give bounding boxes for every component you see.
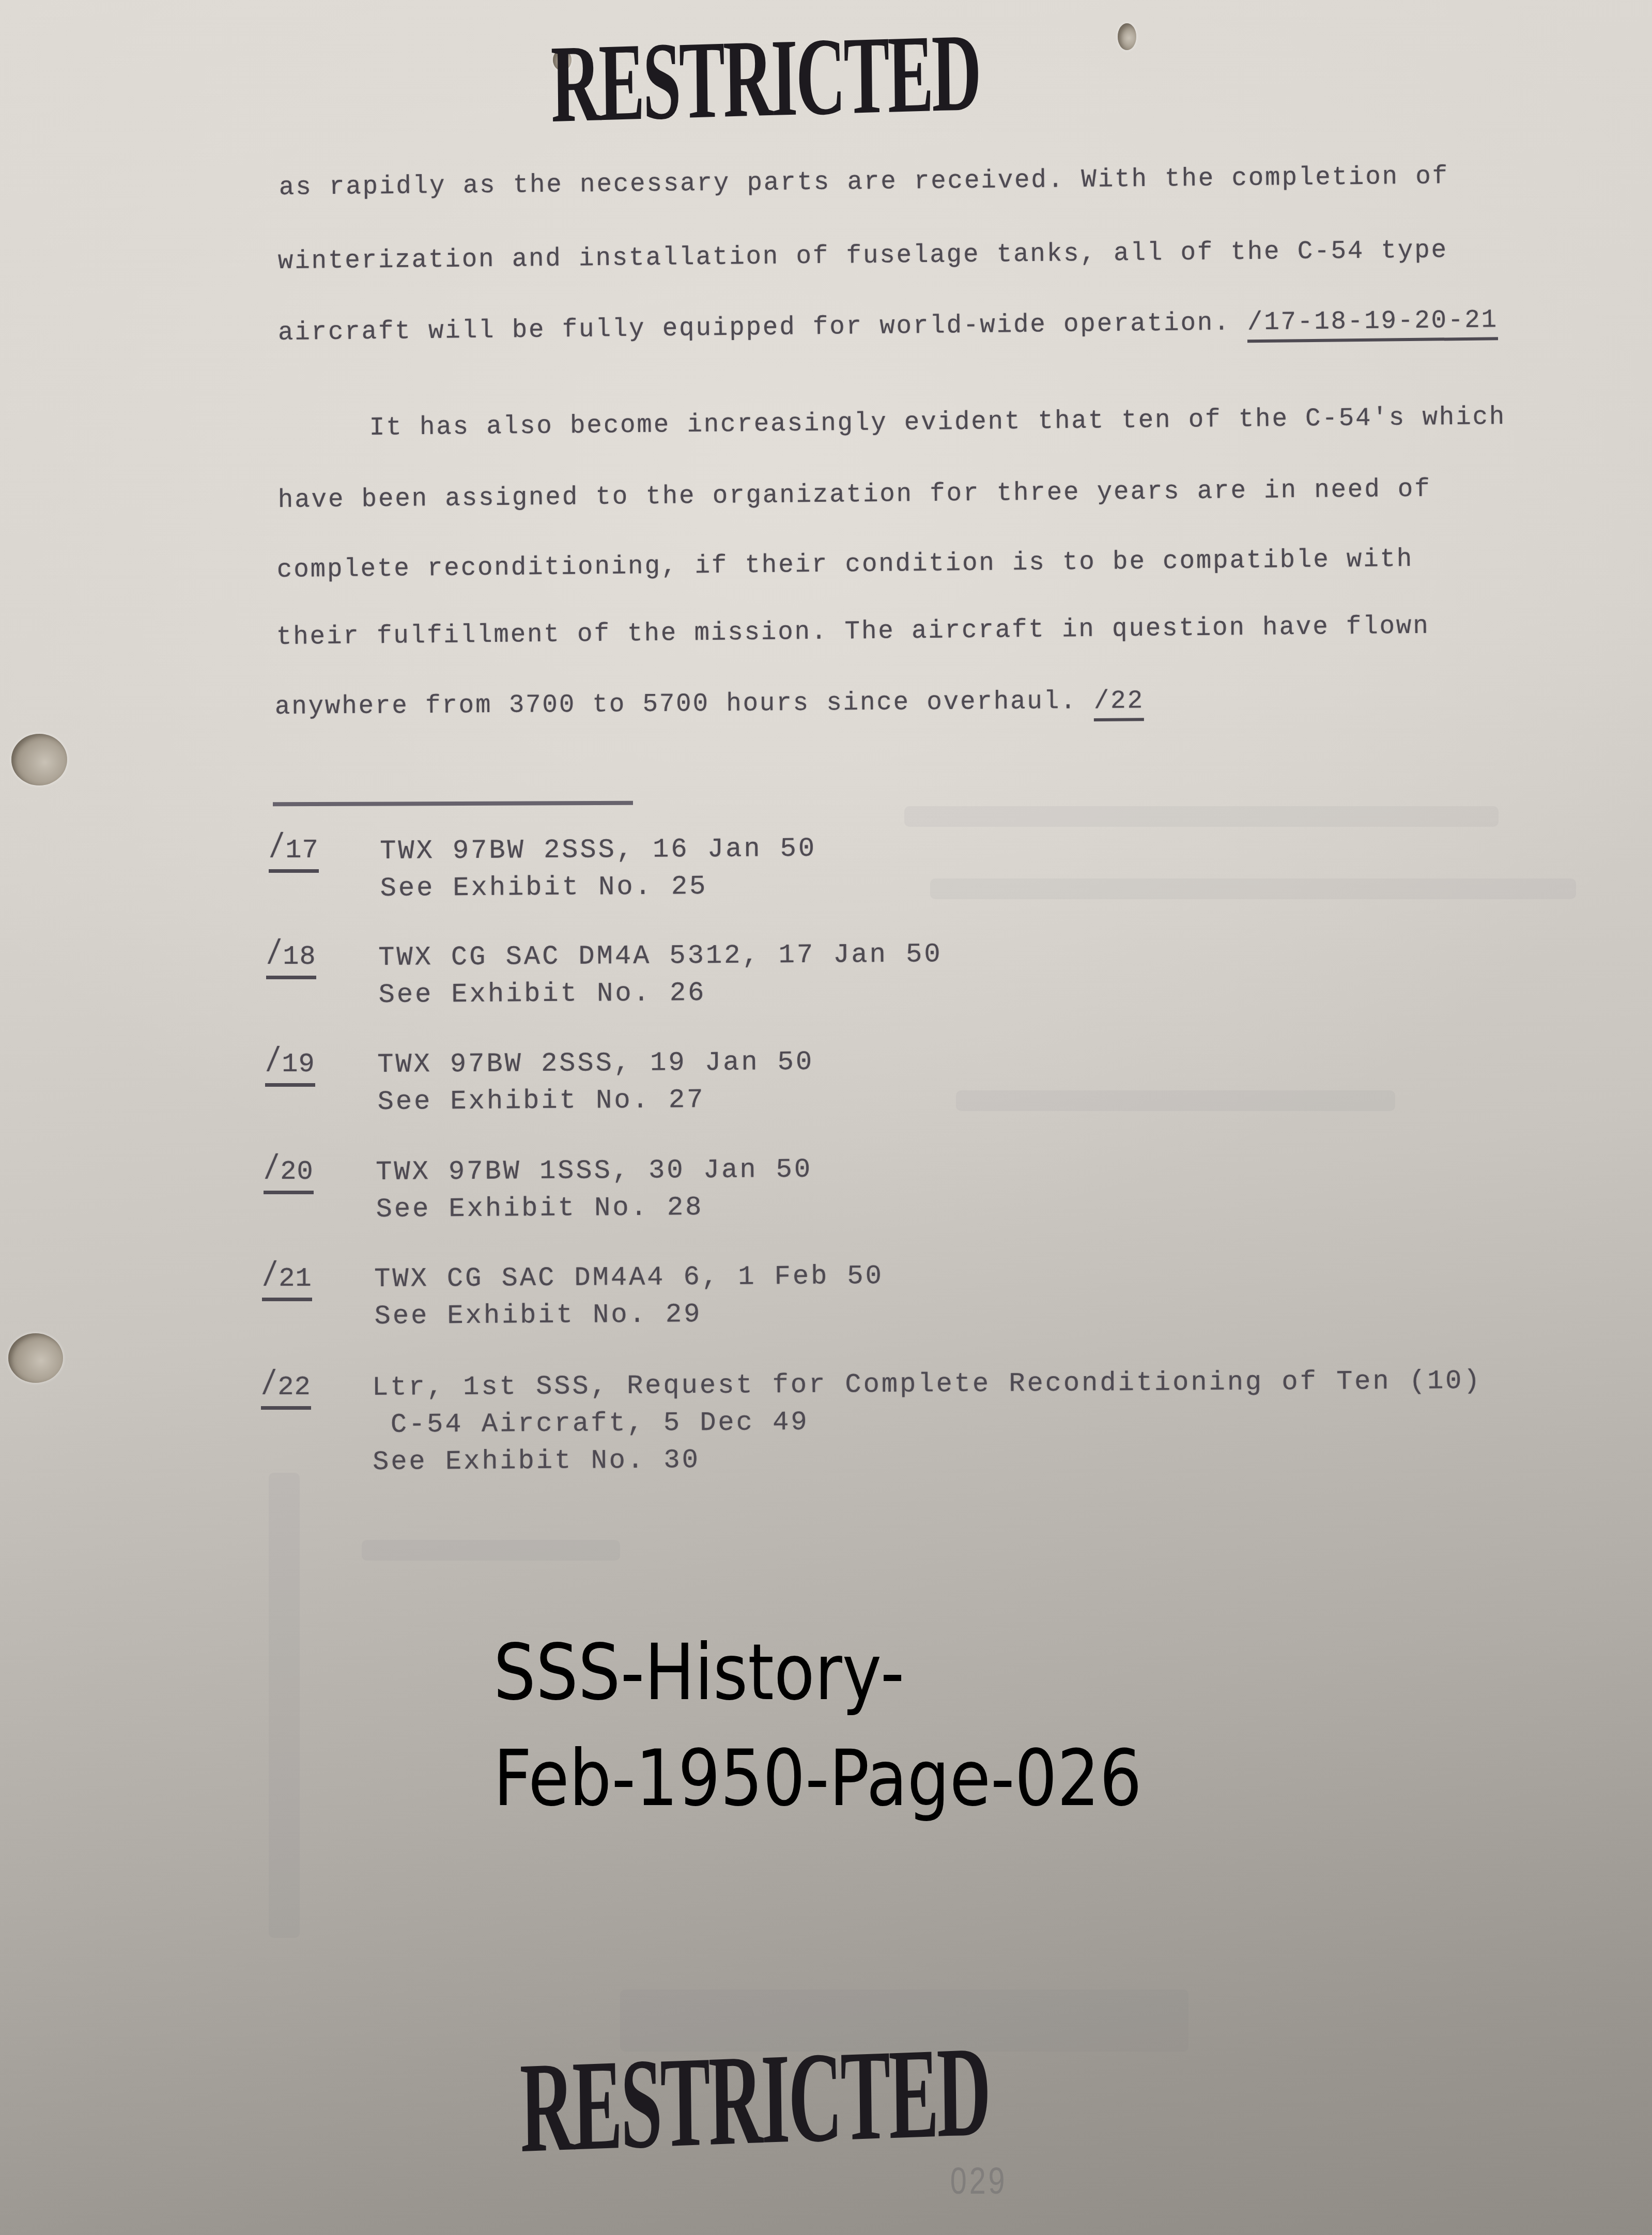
punch-hole: [11, 734, 67, 785]
body-line: complete reconditioning, if their condit…: [277, 545, 1414, 585]
footnote-17: TWX 97BW 2SSS, 16 Jan 50See Exhibit No. …: [380, 830, 817, 907]
bleed-through-mark: [930, 878, 1576, 899]
bleed-through-mark: [269, 1473, 300, 1938]
body-line: aircraft will be fully equipped for worl…: [278, 305, 1499, 348]
body-line: have been assigned to the organization f…: [278, 475, 1431, 515]
footnote-marker: /17: [269, 835, 319, 866]
page-caption: SSS-History- Feb-1950-Page-026: [493, 1620, 1142, 1832]
caption-line-2: Feb-1950-Page-026: [493, 1726, 1142, 1832]
body-line-text: anywhere from 3700 to 5700 hours since o…: [275, 687, 1077, 722]
restricted-footer-stamp: RESTRICTED: [519, 2027, 990, 2173]
body-line: their fulfillment of the mission. The ai…: [276, 612, 1430, 652]
footnote-marker: /21: [262, 1263, 312, 1294]
footnote-reference[interactable]: 17-18-19-20-21: [1247, 305, 1499, 343]
footnote-marker: /20: [264, 1157, 314, 1187]
body-line: winterization and installation of fusela…: [278, 236, 1448, 276]
footnote-divider: [273, 801, 633, 806]
bleed-through-mark: [362, 1540, 620, 1561]
footnote-reference[interactable]: 22: [1094, 686, 1145, 721]
footnote-marker: /22: [261, 1372, 311, 1402]
body-line: anywhere from 3700 to 5700 hours since o…: [275, 686, 1144, 722]
footnote-marker: /18: [266, 942, 316, 972]
document-page: RESTRICTED as rapidly as the necessary p…: [0, 0, 1652, 2235]
body-line: It has also become increasingly evident …: [369, 403, 1506, 443]
bleed-through-mark: [956, 1090, 1395, 1111]
footnote-22: Ltr, 1st SSS, Request for Complete Recon…: [372, 1363, 1483, 1481]
footnote-21: TWX CG SAC DM4A4 6, 1 Feb 50See Exhibit …: [374, 1258, 884, 1335]
restricted-header-stamp: RESTRICTED: [550, 17, 980, 140]
caption-line-1: SSS-History-: [493, 1620, 1142, 1726]
footnote-18: TWX CG SAC DM4A 5312, 17 Jan 50See Exhib…: [378, 936, 943, 1014]
punch-hole: [1118, 23, 1136, 50]
footnote-20: TWX 97BW 1SSS, 30 Jan 50See Exhibit No. …: [376, 1151, 813, 1228]
punch-hole: [8, 1333, 63, 1383]
bleed-through-mark: [904, 806, 1499, 827]
body-line-text: aircraft will be fully equipped for worl…: [278, 309, 1231, 348]
footnote-marker: /19: [265, 1049, 315, 1080]
footnote-19: TWX 97BW 2SSS, 19 Jan 50See Exhibit No. …: [377, 1044, 814, 1121]
page-number-stamp: 029: [950, 2160, 1008, 2202]
body-line: as rapidly as the necessary parts are re…: [279, 162, 1449, 203]
